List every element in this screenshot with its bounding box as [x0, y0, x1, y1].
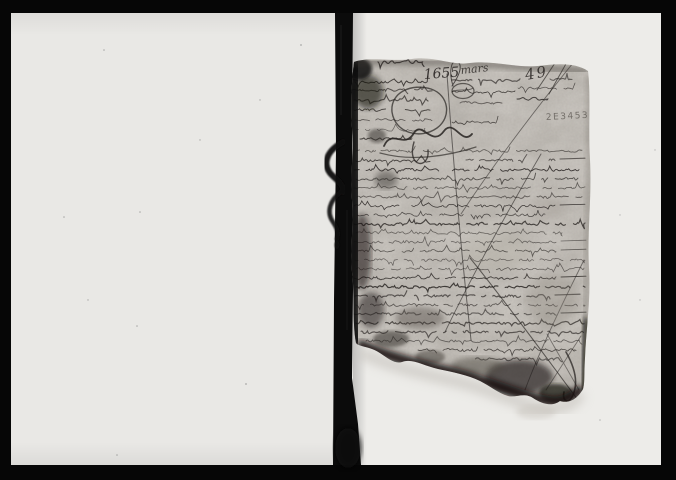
binding-tie-tip: [335, 241, 340, 249]
spine-bottom-wedge: [335, 428, 361, 468]
torn-edge-stain-blob: [516, 405, 556, 419]
scan-viewport: 1655 mars 49 2E3453: [0, 0, 676, 480]
left-page: [11, 13, 337, 465]
left-page-shading: [11, 13, 337, 465]
register-scan: 1655 mars 49 2E3453: [0, 0, 676, 480]
date-year: 1655: [423, 65, 460, 83]
